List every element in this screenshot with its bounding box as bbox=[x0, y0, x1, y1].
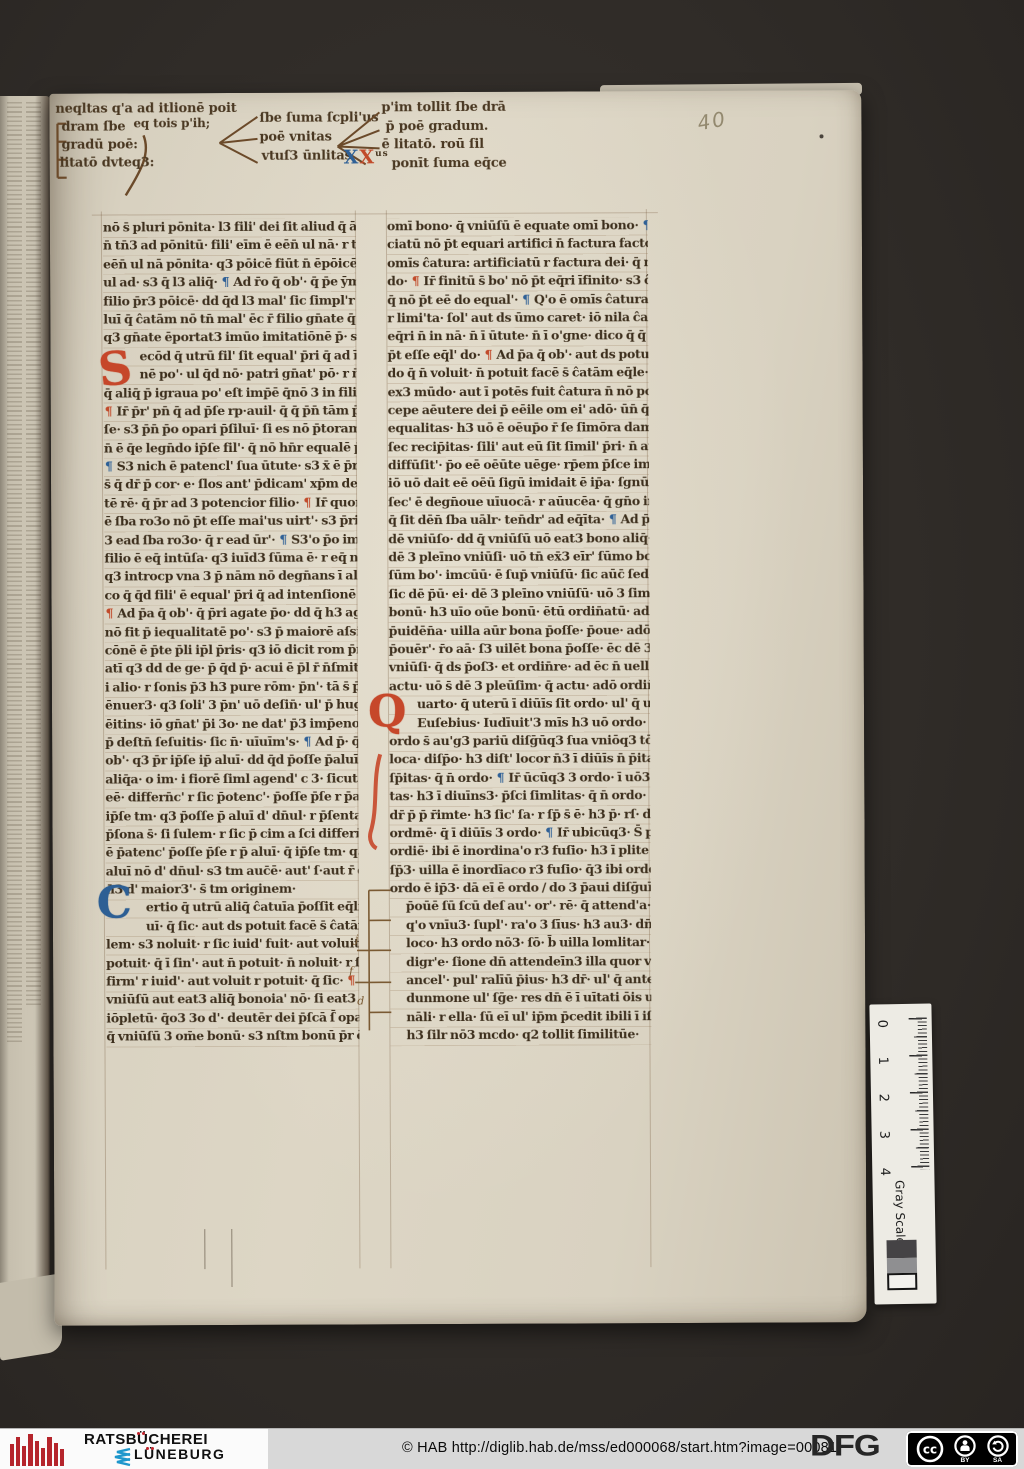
manuscript-text-line: p̄ſona s̄· ſi ſulem· r ſic p̄ cim a ſci … bbox=[106, 825, 359, 844]
manuscript-text-line: uarto· q̄ uterū ī diūīs ſit ordo· ul' q̄… bbox=[389, 695, 650, 715]
manuscript-text-line: q3 introcp vna 3 p̄ nām nō degn̄ans ī al… bbox=[104, 568, 357, 587]
red-capitulum-mark: ¶ bbox=[649, 787, 650, 802]
cc-license-badge: cc BY SA bbox=[906, 1431, 1018, 1467]
cc-icon: cc bbox=[915, 1434, 945, 1464]
manuscript-text-line: ordo s̄ au'g3 pariū diſḡūq3 ſua vniōq3 t… bbox=[389, 732, 650, 752]
manuscript-text-line: dē vniūſo· dd q̄ vniūſū uō eat3 bono ali… bbox=[388, 530, 649, 550]
ink-speck bbox=[820, 134, 824, 138]
manuscript-text-line: ecōd q̄ utrū fil' ſit equal' p̄ri q̄ ad … bbox=[103, 347, 356, 366]
fore-edge-gloss-text bbox=[7, 102, 22, 1042]
red-x-numeral: X bbox=[359, 146, 375, 168]
manuscript-page: 40 neqltas q'a ad itlionē poit dram ſbe … bbox=[49, 90, 866, 1326]
manuscript-text-line: n̄ ē q̄e legn̄do ip̄ſe fil'· q̄ nō hn̄r … bbox=[104, 439, 357, 458]
manuscript-text-line: p̄oūē ſū ſcū deſ au'· or'· rē· q̄ attend… bbox=[390, 898, 651, 918]
grayscale-ruler: 0 1 2 3 4 Gray Scale bbox=[869, 1003, 936, 1304]
mid-gray-swatch bbox=[887, 1258, 917, 1274]
manuscript-text-line: filio p̄r3 pōicē· dd q̄d l3 mal' ſic ſim… bbox=[103, 292, 356, 311]
manuscript-text-line: q̄ ſit dēn̄ ſba uālr· ten̄dr' ad eq̄īta·… bbox=[388, 511, 649, 531]
cc-by-icon: BY bbox=[953, 1435, 977, 1464]
manuscript-text-line: uī· q̄ ſic· aut ds potuit facē s̄ ĉatām … bbox=[106, 917, 359, 936]
initial-q-tail-flourish bbox=[364, 720, 395, 850]
manuscript-text-line: ertio q̄ utrū aliq̄ ĉatuīa p̄oſſit eq̄li… bbox=[106, 899, 359, 918]
red-initial-s: S bbox=[96, 344, 134, 393]
gray-swatches bbox=[887, 1240, 918, 1291]
manuscript-text-line: equalitas· h3 uō ē oēup̄o r̄ ſe ſimōra d… bbox=[388, 419, 649, 439]
manuscript-text-line: 3 ead ſba ro3o· q̄ r ead ūr'· ¶ S3'o p̄o… bbox=[104, 531, 357, 550]
manuscript-text-line: tē rē· q̄ p̄r ad 3 potencior filio· ¶ Ir… bbox=[104, 494, 357, 513]
manuscript-text-line: co q̄ q̄d fili' ē equal' p̄ri q̄ ad inte… bbox=[104, 586, 357, 605]
manuscript-text-line: cepe aēutere dei p̄ eēile om ei' adō· ūn… bbox=[388, 401, 649, 421]
library-logo-panel: RATSBÜCHEREI LÜNEBURG bbox=[0, 1429, 268, 1469]
header-gloss-line: ē litatō. roū ſil bbox=[382, 137, 484, 152]
manuscript-text-line: loco· h3 ordo nō3· ſō· b̄ uilla lomlitar… bbox=[390, 934, 651, 954]
fore-edge-gloss-text bbox=[26, 102, 41, 1007]
manuscript-text-line: ē p̄atenc' p̄oſſe p̄ſe r p̄ aluī· q̄ ip̄… bbox=[106, 844, 359, 863]
manuscript-text-line: ¶ S3 nich ē patencl' ſua ūtute· s3 x̄ ē … bbox=[104, 458, 357, 477]
blue-capitulum-mark: ¶ bbox=[496, 770, 506, 785]
chapter-number-xx: XXus bbox=[344, 146, 389, 168]
manuscript-text-line: q̄ nō p̄t eē do equal'· ¶ Q'o ē omīs ĉat… bbox=[387, 291, 648, 311]
manuscript-text-line: aliq̄a· o im· i fiorē ſiml agend' c 3· ſ… bbox=[105, 770, 358, 789]
manuscript-text-line: potuit· q̄ ī ſin'· aut n̄ potuit· n̄ nol… bbox=[106, 954, 359, 973]
manuscript-text-line: p̄ouēr'· r̄o aā· ſ3 uilēt bona p̄oſſe· ē… bbox=[389, 640, 650, 660]
numeral-superscript: us bbox=[375, 149, 389, 159]
cc-sa-icon: SA bbox=[986, 1435, 1010, 1464]
manuscript-text-line: r limi'ta· ſol' aut ds ūmo caret· iō nil… bbox=[387, 309, 648, 329]
manuscript-text-line: ob'· q3 p̄r ip̄ſe ip̄ aluī· dd q̄d p̄oſſ… bbox=[105, 752, 358, 771]
header-gloss-line: gradū poē: bbox=[62, 137, 138, 152]
manuscript-text-line: ¶ Ad p̄a q̄ ob'· q̄ p̄ri agate p̄o· dd q… bbox=[105, 605, 358, 624]
manuscript-text-line: dr̄ p̄ p̄ r̄imte· h3 ſic' ſa· r ſp̄ s̄ ē… bbox=[389, 806, 650, 826]
ruler-number: 0 bbox=[874, 1020, 889, 1029]
text-column-right: omī bono· q̄ vniūſū ē equate omī bono· ¶… bbox=[387, 217, 652, 1046]
manuscript-text-line: i alio· r ſonis p̄3 h3 pure rōm· p̄n'· t… bbox=[105, 678, 358, 697]
blue-capitulum-mark: ¶ bbox=[608, 512, 618, 527]
manuscript-text-line: ſūm bo'· imcūū· ē ſup̄ vniūſū· ſic aūc̄ … bbox=[388, 567, 649, 587]
white-swatch bbox=[887, 1273, 917, 1291]
pencil-folio-number: 40 bbox=[696, 106, 729, 135]
manuscript-text-line: ſec recip̄itas· ſili' aut eū ſit ſimil' … bbox=[388, 438, 649, 458]
manuscript-text-line: tas· h3 ī diuīns3· p̄ſci ſimlitas· q̄ n̄… bbox=[389, 787, 650, 807]
header-gloss-line: p'im tollit ſbe drā bbox=[381, 100, 505, 116]
manuscript-text-line: n̄3 d' maior3'· s̄ tm originem· bbox=[106, 880, 359, 899]
manuscript-text-line: nō s̄ pluri pōnita· l3 fili' dei ſit ali… bbox=[103, 218, 356, 237]
manuscript-text-line: eēn̄ ul nā pōnita· q3 pōicē fiūt n̄ ēpōi… bbox=[103, 255, 356, 274]
margin-gloss-letter: d bbox=[357, 994, 364, 1007]
manuscript-text-line: p̄uidēn̄a· uilla aūr bona p̄oſſe· p̄oue·… bbox=[389, 622, 650, 642]
manuscript-text-line: atī q3 dd de ge· p̄ q̄d p̄· acui ē p̄l r… bbox=[105, 660, 358, 679]
manuscript-text-line: cōnē ē p̄te p̄li ip̄l p̄ris· q3 iō dicit… bbox=[105, 641, 358, 660]
manuscript-text-line: digr'e· ſione dn̄ attendeīn3 illa quor v… bbox=[390, 953, 651, 973]
manuscript-text-line: luī q̄ ĉatām nō tn̄ mal' ēc r̄ filio gn̄… bbox=[103, 310, 356, 329]
header-gloss-line: litatō dvteq3: bbox=[60, 155, 155, 170]
manuscript-text-line: bonū· h3 uīo oūe bonū· ētū ordin̄atū· ad… bbox=[389, 603, 650, 623]
manuscript-text-line: do q̄ n̄ voluit· n̄ potuit facē s̄ ĉatām… bbox=[388, 364, 649, 384]
parchment-crack bbox=[231, 1229, 232, 1287]
manuscript-text-line: diffūſit'· p̄o eē oēūte uēge· rp̄em p̄ſc… bbox=[388, 456, 649, 476]
manuscript-text-line: ancel'· pul' ralīū p̄ius· h3 dr̄· ul' q̄… bbox=[390, 971, 651, 991]
manuscript-text-line: vniūſi· q̄ ds p̄oſ3· et ordin̄re· ad ēc … bbox=[389, 659, 650, 679]
manuscript-text-line: ex3 mūdo· aut ī potēs fuit ĉatura n̄ nō … bbox=[388, 383, 649, 403]
manuscript-text-line: nāli· r ella· ſū eī ul' ip̄m p̄cedit ibi… bbox=[390, 1008, 651, 1028]
manuscript-text-line: vniūſū aut eat3 aliq̄ bonoia' nō· ſi eat… bbox=[106, 991, 359, 1010]
ruler-tick-marks bbox=[909, 1018, 930, 1178]
ruler-number: 3 bbox=[876, 1131, 891, 1140]
manuscript-text-line: p̄ deſtn̄ ſeſuitis· ſic n̄· uīuīm's· ¶ A… bbox=[105, 733, 358, 752]
parchment-crack bbox=[204, 1229, 205, 1269]
blue-capitulum-mark: ¶ bbox=[544, 824, 554, 839]
manuscript-text-line: h3 ſilr nō3 mcdo· q2 tollit ſimilitūe· bbox=[390, 1026, 651, 1046]
ruler-number: 1 bbox=[875, 1057, 890, 1066]
ruler-number: 4 bbox=[877, 1168, 892, 1177]
photographed-manuscript-scan: 40 neqltas q'a ad itlionē poit dram ſbe … bbox=[0, 0, 1024, 1469]
manuscript-text-line: ordmē· q̄ ī diūīs 3 ordo· ¶ Ir̄ ubicūq3·… bbox=[390, 824, 651, 844]
manuscript-text-line: ul ad· s3 q̄ l3 aliq̄· ¶ Ad r̄o q̄ ob'· … bbox=[103, 274, 356, 293]
manuscript-text-line: actu· uō s̄ dē 3 pleūſim· q̄ actu· adō o… bbox=[389, 677, 650, 697]
manuscript-text-line: ordiē· ibi ē inordina'o r3 fuſio· h3 ī p… bbox=[390, 842, 651, 862]
middle-annotation-bracket bbox=[217, 109, 261, 171]
sa-label: SA bbox=[993, 1458, 1002, 1464]
manuscript-text-line: Euſebius· Iudīuit'3 mīs h3 uō ordo· ¶ Ir… bbox=[389, 714, 650, 734]
facing-page-corner bbox=[0, 1273, 62, 1361]
manuscript-text-line: eq̄ri n̄ in nā· n̄ ī ūtute· n̄ ī o'gne· … bbox=[387, 328, 648, 348]
text-column-left: nō s̄ pluri pōnita· l3 fili' dei ſit ali… bbox=[103, 218, 360, 1047]
manuscript-text-line: filio ē eq̄ intūſa· q3 iuīd3 ſūma ē· r e… bbox=[104, 549, 357, 568]
manuscript-text-line: ciatū nō p̄t equari artifici n̄ factura … bbox=[387, 236, 648, 256]
manuscript-text-line: q'o vnīu3· ſupl'· ra'o 3 ſīus· h3 au3· d… bbox=[390, 916, 651, 936]
manuscript-text-line: ſec' ē degn̄oue uīuocā· r aūucēa· q̄ gn̄… bbox=[388, 493, 649, 513]
dfg-logo: DFG bbox=[810, 1429, 880, 1463]
red-capitulum-mark: ¶ bbox=[649, 714, 650, 729]
blue-capitulum-mark: ¶ bbox=[642, 217, 648, 232]
red-capitulum-mark: ¶ bbox=[104, 403, 114, 418]
lueneburg-chevrons-icon bbox=[106, 1447, 132, 1467]
manuscript-text-line: firm' r iuid'· aut voluit r potuit· q̄ ſ… bbox=[106, 972, 359, 991]
manuscript-text-line: ip̄ſe tm· q3 p̄oſſe p̄ aluī d' dn̄ul· r … bbox=[105, 807, 358, 826]
horizontal-ruling-line bbox=[92, 212, 658, 215]
margin-gloss-letter: f bbox=[348, 964, 355, 977]
manuscript-text-line: s̄ q̄ dr̄ p̄ cor· e· ſlos ant' p̄dicam' … bbox=[104, 476, 357, 495]
cc-letters: cc bbox=[922, 1443, 936, 1457]
red-umlaut-dots bbox=[146, 1447, 149, 1450]
manuscript-text-line: ē ſba ro3o nō p̄t eſſe mai'us uirt'· s3 … bbox=[104, 513, 357, 532]
dark-gray-swatch bbox=[887, 1240, 917, 1259]
manuscript-text-line: q̄ aliq̄ p̄ igraua po' eſt imp̄ē q̄nō 3 … bbox=[104, 384, 357, 403]
header-gloss-line: ponīt ſuma eq̄ce bbox=[392, 156, 507, 172]
manuscript-text-line: aluī nō d' dn̄ul· s3 tm auc̄ē· aut' ſ·au… bbox=[106, 862, 359, 881]
manuscript-text-line: ſp̄itas· q̄ n̄ ordo· ¶ Ir̄ ūcūq3 3 ordo·… bbox=[389, 769, 650, 789]
manuscript-text-line: ſp̄3· uilla ē inordīaco r3 fuſio· q̄3 ib… bbox=[390, 861, 651, 881]
manuscript-text-line: q3 gn̄ate ēportat3 imūo imitatiōnē p̄· s… bbox=[103, 329, 356, 348]
gray-scale-label: Gray Scale bbox=[892, 1180, 907, 1245]
header-gloss-line: poē vnitas bbox=[259, 130, 331, 145]
manuscript-text-line: ēitins· iō gn̄at' p̄i 3o· ne dat' p̄3 im… bbox=[105, 715, 358, 734]
manuscript-text-line: nē po'· ul q̄d nō· patri gn̄at' pō· r n̄… bbox=[104, 366, 357, 385]
red-capitulum-mark: ¶ bbox=[484, 347, 494, 362]
manuscript-text-line: do· ¶ Ir̄ finitū s̄ bo' nō p̄t eq̄ri īfi… bbox=[387, 272, 648, 292]
blue-capitulum-mark: ¶ bbox=[221, 274, 231, 289]
blue-capitulum-mark: ¶ bbox=[521, 291, 531, 306]
red-umlaut-dots bbox=[137, 1432, 140, 1435]
manuscript-text-line: ſic dē p̄ū· ei· dē 3 pleīno vniūſū· uō 3… bbox=[388, 585, 649, 605]
margin-gloss-letter: j bbox=[352, 932, 359, 945]
footer-bar: RATSBÜCHEREI LÜNEBURG © HAB http://digli… bbox=[0, 1428, 1024, 1469]
manuscript-text-line: omī bono· q̄ vniūſū ē equate omī bono· ¶… bbox=[387, 217, 648, 237]
manuscript-text-line: eē· differn̄c' r ſic p̄otenc'· p̄oſſe p̄… bbox=[105, 789, 358, 808]
ratsbuecherei-bars-icon bbox=[8, 1432, 74, 1468]
manuscript-text-line: nō fit p̄ iequalitatē po'· s3 p̄ maiorē … bbox=[105, 623, 358, 642]
blue-initial-c: C bbox=[97, 881, 132, 925]
header-gloss-line: dram ſbe bbox=[61, 119, 125, 134]
manuscript-text-line: iō uō dait eē oēū ſigū imidait ē ip̄a· ſ… bbox=[388, 475, 649, 495]
red-capitulum-mark: ¶ bbox=[302, 494, 312, 509]
manuscript-text-line: omīs ĉatura: artificiatū r factura dei· … bbox=[387, 254, 648, 274]
manuscript-text-line: q̄ vniūſū 3 om̄e bonū· s3 nſtm bonū p̄r … bbox=[106, 1028, 359, 1047]
blue-capitulum-mark: ¶ bbox=[278, 531, 288, 546]
header-gloss-line: neqltas q'a ad itlionē poit bbox=[55, 101, 236, 117]
book-fore-edge bbox=[0, 96, 50, 1342]
red-capitulum-mark: ¶ bbox=[411, 273, 421, 288]
manuscript-text-line: iōpletū· q̄o3 3o d'· deutēr dei p̄ſcā ſ̄… bbox=[106, 1009, 359, 1028]
red-capitulum-mark: ¶ bbox=[105, 606, 115, 621]
manuscript-text-line: dē 3 pleīno vniūſi· uō tn̄ ex̄3 eīr' ſūm… bbox=[388, 548, 649, 568]
manuscript-text-line: loca· diſp̄o· h3 diſt' locor n̄3 ī diūīs… bbox=[389, 750, 650, 770]
blue-capitulum-mark: ¶ bbox=[104, 459, 114, 474]
manuscript-text-line: ¶ Ir̄ p̄r' pn̄ q̄ ad p̄ſe rp·auil· q̄ q̄… bbox=[104, 402, 357, 421]
manuscript-text-line: ordo ē ip̄3· dā eī ē ordo / do 3 p̄aui d… bbox=[390, 879, 651, 899]
header-gloss-line: eq tois p'ih; bbox=[133, 116, 209, 130]
copyright-url-text: © HAB http://diglib.hab.de/mss/ed000068/… bbox=[402, 1440, 837, 1456]
by-label: BY bbox=[960, 1458, 969, 1464]
manuscript-text-line: n̄ tn̄3 ad pōnitū· fili' eīm ē eēn̄ ul n… bbox=[103, 237, 356, 256]
blue-x-numeral: X bbox=[344, 146, 360, 168]
margin-gloss-bracket: j f d bbox=[349, 882, 394, 1038]
manuscript-text-line: ſe· s3 p̄n̄ p̄o opari p̄ſiluī· ſi es nō … bbox=[104, 421, 357, 440]
ruler-number: 2 bbox=[876, 1094, 891, 1103]
manuscript-text-line: lem· s3 noluit· r ſic iuid' fuit· aut vo… bbox=[106, 936, 359, 955]
header-gloss-line: p̄ poē gradum. bbox=[385, 119, 488, 134]
manuscript-text-line: p̄t eſſe eq̄l' do· ¶ Ad p̄a q̄ ob'· aut … bbox=[387, 346, 648, 366]
manuscript-text-line: ēnuer3· q3 ſoli' 3 p̄n' uō deſin̄· ul' p… bbox=[105, 697, 358, 716]
manuscript-text-line: dunmone ul' ſḡe· res dn̄ ē ī uītati ōis … bbox=[390, 990, 651, 1010]
blue-capitulum-mark: ¶ bbox=[302, 734, 312, 749]
